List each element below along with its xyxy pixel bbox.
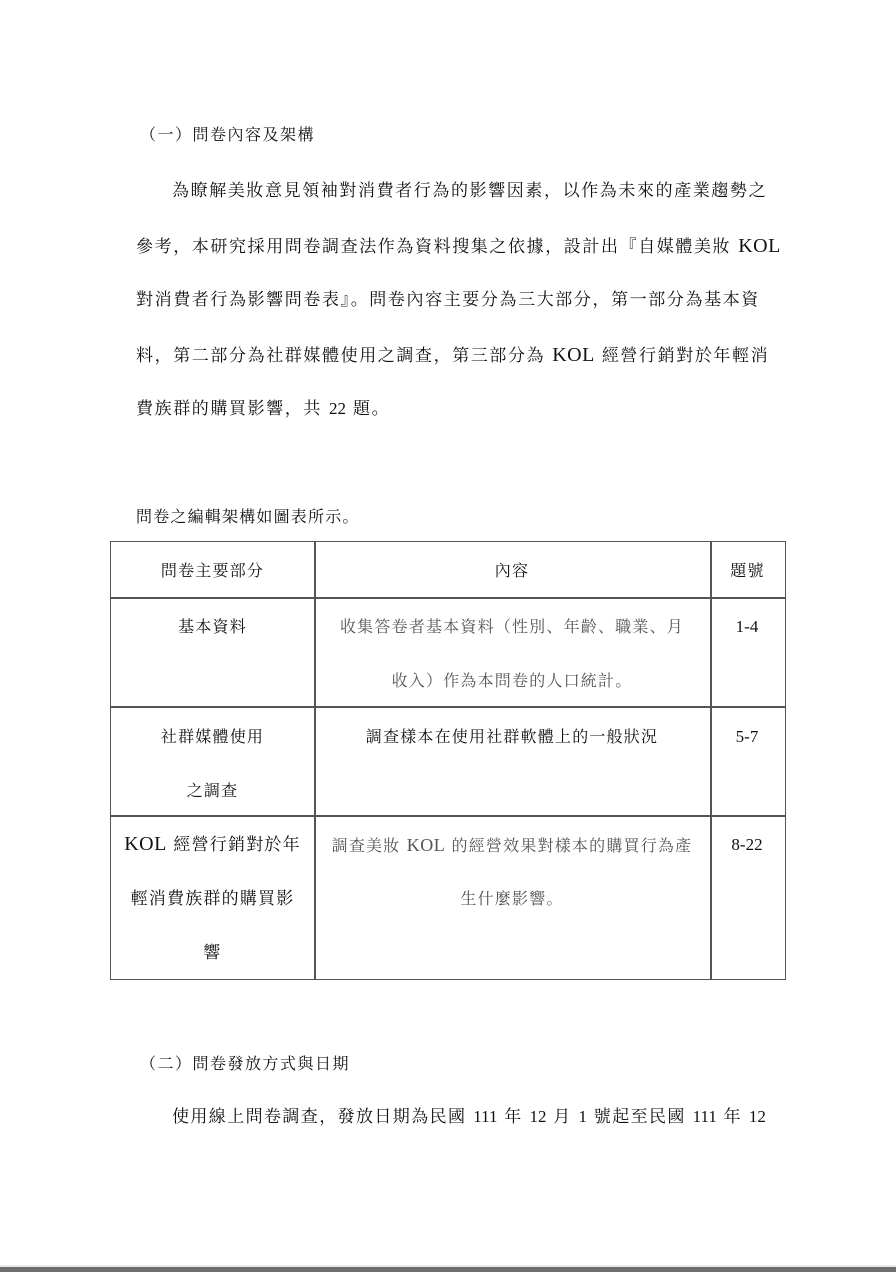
row-3-part-line-1-text: 經營行銷對於年 [167,835,301,855]
questionnaire-structure-table: 問卷主要部分 內容 題號 基本資料 收集答卷者基本資料（性別、年齡、職業、月 收… [110,541,786,980]
section-2-heading: （二）問卷發放方式與日期 [140,1053,350,1075]
row-2-content: 調查樣本在使用社群軟體上的一般狀況 [314,726,710,748]
row-1-content-line-2: 收入）作為本問卷的人口統計。 [314,670,710,692]
paragraph-1-line-1: 為瞭解美妝意見領袖對消費者行為的影響因素，以作為未來的產業趨勢之 [172,180,767,202]
header-question-numbers: 題號 [710,560,785,582]
day-number: 1 [578,1107,587,1126]
row-3-content-line-1: 調查美妝 KOL 的經營效果對樣本的購買行為產 [314,834,710,857]
text-segment: 月 [546,1107,578,1127]
paragraph-1-line-2: 參考，本研究採用問卷調查法作為資料搜集之依據，設計出『自媒體美妝 KOL [136,235,781,258]
row-3-content-line-2: 生什麼影響。 [314,888,710,910]
row-2-part-line-1: 社群媒體使用 [111,726,314,748]
line-5-text-b: 題。 [346,399,390,419]
row-2-part-line-2: 之調查 [111,780,314,802]
row-3-content-a: 調查美妝 [332,836,407,855]
text-segment: 年 [717,1107,749,1127]
column-divider-2 [710,542,712,979]
row-1-questions: 1-4 [710,616,784,638]
row-3-part-line-1: KOL 經營行銷對於年 [111,833,314,856]
row-2-questions: 5-7 [710,726,784,748]
paragraph-1-line-5: 費族群的購買影響，共 22 題。 [136,398,390,420]
row-3-part-line-3: 響 [111,942,314,964]
text-segment: 年 [497,1107,529,1127]
line-2-text: 參考，本研究採用問卷調查法作為資料搜集之依據，設計出『自媒體美妝 [136,237,738,257]
line-4-text-b: 經營行銷對於年輕消 [595,346,769,366]
row-3-questions: 8-22 [710,834,784,856]
line-4-text-a: 料，第二部分為社群媒體使用之調查，第三部分為 [136,346,552,366]
row-divider-1 [111,706,785,708]
paragraph-1-line-3: 對消費者行為影響問卷表』。問卷內容主要分為三大部分，第一部分為基本資 [136,289,760,311]
paragraph-2-line-1: 使用線上問卷調查，發放日期為民國 111 年 12 月 1 號起至民國 111 … [172,1106,766,1128]
kol-term: KOL [407,835,446,855]
row-divider-header [111,597,785,599]
year-number: 111 [473,1107,497,1126]
line-5-text-a: 費族群的購買影響，共 [136,399,329,419]
row-3-part-line-2: 輕消費族群的購買影 [111,888,314,910]
header-content: 內容 [314,560,710,582]
kol-term: KOL [738,235,781,257]
table-caption: 問卷之編輯架構如圖表所示。 [136,506,360,528]
month-number: 12 [529,1107,546,1126]
row-1-part: 基本資料 [111,616,314,638]
kol-term: KOL [124,833,167,855]
column-divider-1 [314,542,316,979]
month-number: 12 [749,1107,766,1126]
row-3-content-b: 的經營效果對樣本的購買行為產 [445,836,692,855]
header-part: 問卷主要部分 [111,560,314,582]
question-count: 22 [329,399,346,418]
document-page: （一）問卷內容及架構 為瞭解美妝意見領袖對消費者行為的影響因素，以作為未來的產業… [0,0,896,1266]
text-segment: 號起至民國 [587,1107,693,1127]
page-bottom-edge [0,1267,896,1272]
section-1-heading: （一）問卷內容及架構 [140,124,315,146]
row-1-content-line-1: 收集答卷者基本資料（性別、年齡、職業、月 [314,616,710,638]
text-segment: 使用線上問卷調查，發放日期為民國 [172,1107,473,1127]
row-divider-2 [111,815,785,817]
paragraph-1-line-4: 料，第二部分為社群媒體使用之調查，第三部分為 KOL 經營行銷對於年輕消 [136,344,769,367]
kol-term: KOL [552,344,595,366]
year-number: 111 [693,1107,717,1126]
